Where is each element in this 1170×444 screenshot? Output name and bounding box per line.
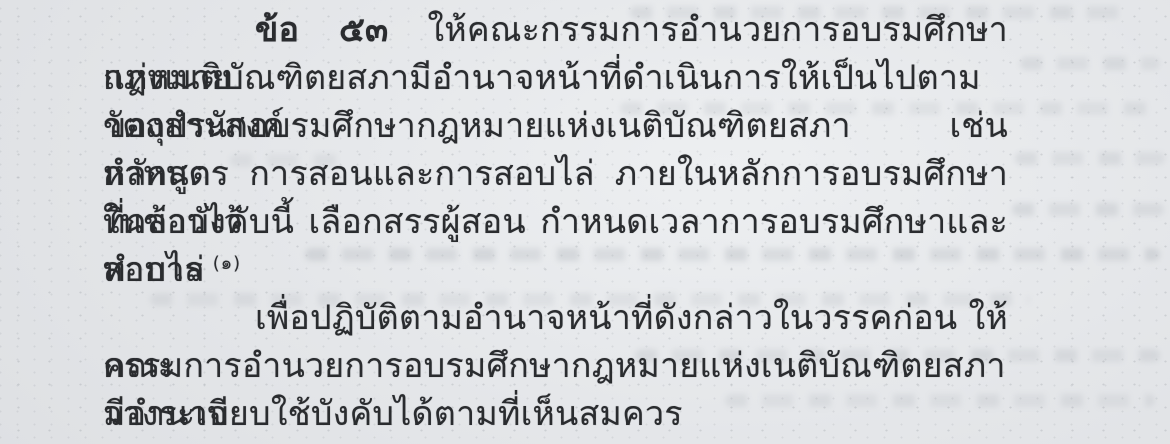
bleedthrough-streak <box>1012 203 1164 216</box>
text-line: ของสำนักอบรมศึกษากฎหมายแห่งเนติบัณฑิตยสภ… <box>103 102 1008 150</box>
paragraph-2: เพื่อปฏิบัติตามอำนาจหน้าที่ดังกล่าวในวรร… <box>103 294 1008 438</box>
paragraph-end-text: สอบไล่ <box>103 250 205 290</box>
document-text-block: ข้อ ๕๓ ให้คณะกรรมการอำนวยการอบรมศึกษากฎห… <box>103 6 1008 438</box>
footnote-reference-mark: (๑) <box>213 253 241 274</box>
text-line: สอบไล่(๑) <box>103 246 1008 294</box>
bleedthrough-streak <box>1020 57 1160 70</box>
clause-number: ข้อ ๕๓ <box>255 10 388 50</box>
text-line: ข้อ ๕๓ ให้คณะกรรมการอำนวยการอบรมศึกษากฎห… <box>103 6 1008 54</box>
text-line: เพื่อปฏิบัติตามอำนาจหน้าที่ดังกล่าวในวรร… <box>103 294 1008 342</box>
text-line: หลักสูตร การสอนและการสอบไล่ ภายในหลักการ… <box>103 150 1008 198</box>
text-line: กรรมการอำนวยการอบรมศึกษากฎหมายแห่งเนติบั… <box>103 342 1008 390</box>
bleedthrough-streak <box>1015 152 1165 165</box>
text-line: วางระเบียบใช้บังคับได้ตามที่เห็นสมควร <box>103 390 1008 438</box>
scanned-page: ข้อ ๕๓ ให้คณะกรรมการอำนวยการอบรมศึกษากฎห… <box>0 0 1170 444</box>
text-line: ในข้อบังคับนี้ เลือกสรรผู้สอน กำหนดเวลาก… <box>103 198 1008 246</box>
paragraph-1: ข้อ ๕๓ ให้คณะกรรมการอำนวยการอบรมศึกษากฎห… <box>103 6 1008 294</box>
text-line: แห่งเนติบัณฑิตยสภามีอำนาจหน้าที่ดำเนินกา… <box>103 54 1008 102</box>
